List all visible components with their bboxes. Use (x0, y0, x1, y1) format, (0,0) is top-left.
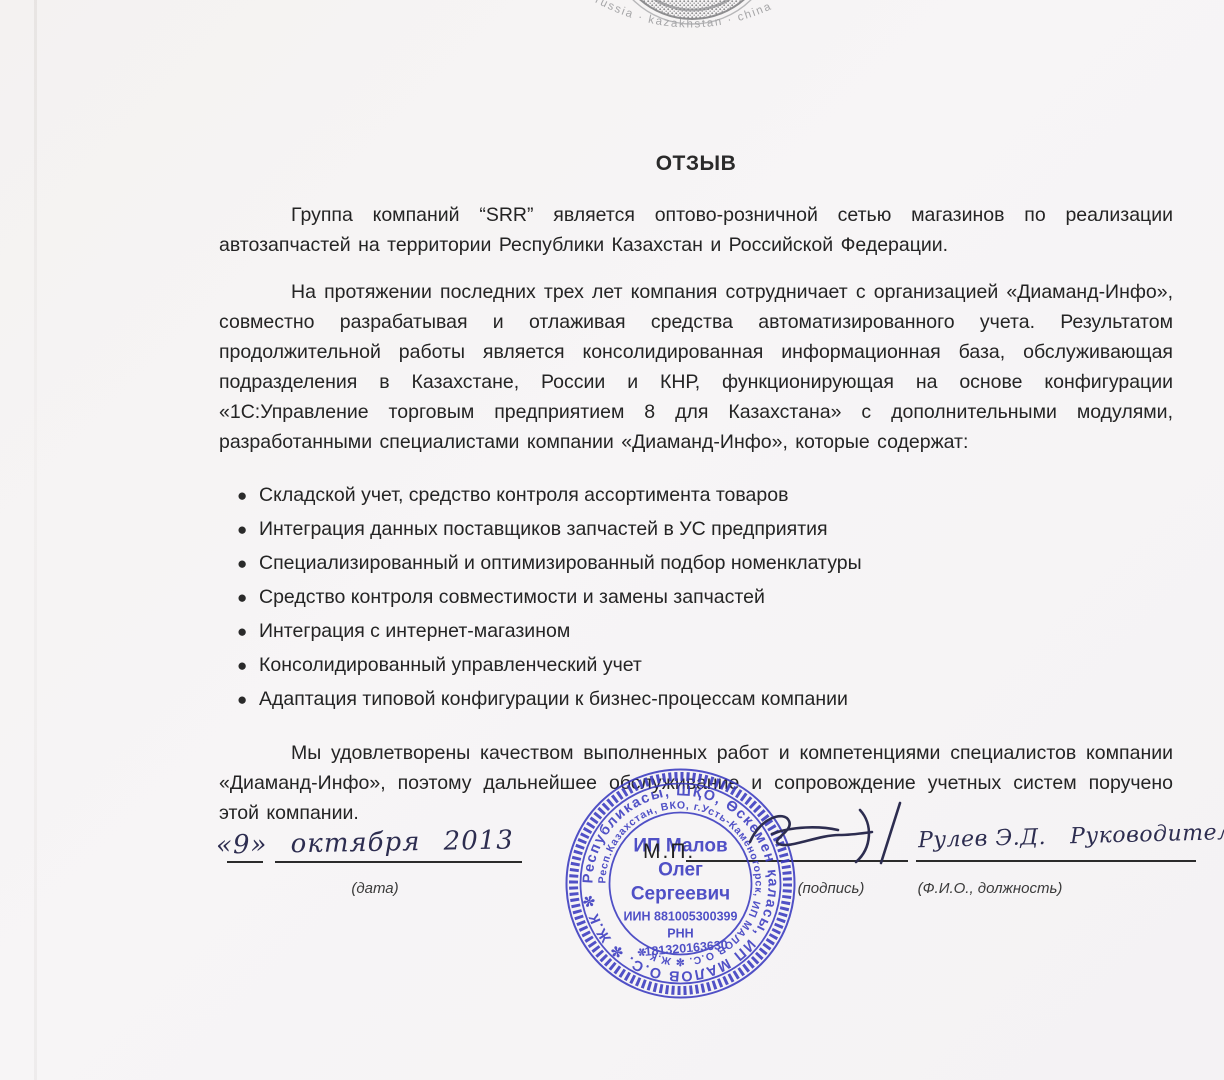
list-item-text: Средство контроля совместимости и замены… (259, 585, 765, 609)
list-item: ●Интеграция с интернет-магазином (237, 619, 1173, 644)
fio-caption: (Ф.И.О., должность) (855, 880, 1125, 897)
scanned-document-page: russia · kazakhstan · china ОТЗЫВ Группа… (0, 0, 1224, 1080)
list-item-text: Специализированный и оптимизированный по… (259, 551, 862, 575)
stamp-center-line3: Сергеевич (631, 884, 730, 905)
handwritten-signature (742, 800, 922, 866)
letter-body: ОТЗЫВ Группа компаний “SRR” является опт… (219, 152, 1173, 845)
round-stamp: Республикасы, ШҚО, Өскемен қаласы, ИП МА… (558, 761, 803, 1006)
bullet-icon: ● (237, 518, 259, 542)
list-item: ●Специализированный и оптимизированный п… (237, 551, 1173, 576)
bullet-icon: ● (237, 552, 259, 576)
list-item-text: Интеграция с интернет-магазином (259, 619, 570, 643)
modules-list: ●Складской учет, средство контроля ассор… (219, 483, 1173, 712)
mp-mark: М.П. (643, 840, 695, 864)
bullet-icon: ● (237, 620, 259, 644)
paragraph-intro: Группа компаний “SRR” является оптово-ро… (219, 200, 1173, 260)
page-title: ОТЗЫВ (219, 152, 1173, 176)
stamp-center-line5: РНН (667, 927, 693, 941)
bullet-icon: ● (237, 586, 259, 610)
list-item-text: Адаптация типовой конфигурации к бизнес-… (259, 687, 848, 711)
date-caption: (дата) (290, 880, 460, 897)
handwritten-fio: Рулев Э.Д. (918, 825, 1047, 853)
date-underline (275, 861, 522, 863)
list-item: ●Интеграция данных поставщиков запчастей… (237, 517, 1173, 542)
handwritten-date: «9» октября 2013 (216, 825, 514, 860)
bullet-icon: ● (237, 484, 259, 508)
bullet-icon: ● (237, 688, 259, 712)
paragraph-cooperation: На протяжении последних трех лет компани… (219, 277, 1173, 457)
stamp-center-line4: ИИН 881005300399 (624, 910, 738, 924)
handwritten-position: Руководитель (1070, 820, 1224, 850)
bullet-icon: ● (237, 654, 259, 678)
fio-underline (916, 860, 1196, 862)
scan-crease-line (34, 0, 37, 1080)
list-item: ●Адаптация типовой конфигурации к бизнес… (237, 687, 1173, 712)
list-item-text: Консолидированный управленческий учет (259, 653, 642, 677)
list-item: ●Консолидированный управленческий учет (237, 653, 1173, 678)
list-item-text: Складской учет, средство контроля ассорт… (259, 483, 788, 507)
company-globe-seal: russia · kazakhstan · china (535, 0, 865, 58)
date-day-underline (227, 861, 263, 863)
list-item-text: Интеграция данных поставщиков запчастей … (259, 517, 828, 541)
list-item: ●Складской учет, средство контроля ассор… (237, 483, 1173, 508)
list-item: ●Средство контроля совместимости и замен… (237, 585, 1173, 610)
